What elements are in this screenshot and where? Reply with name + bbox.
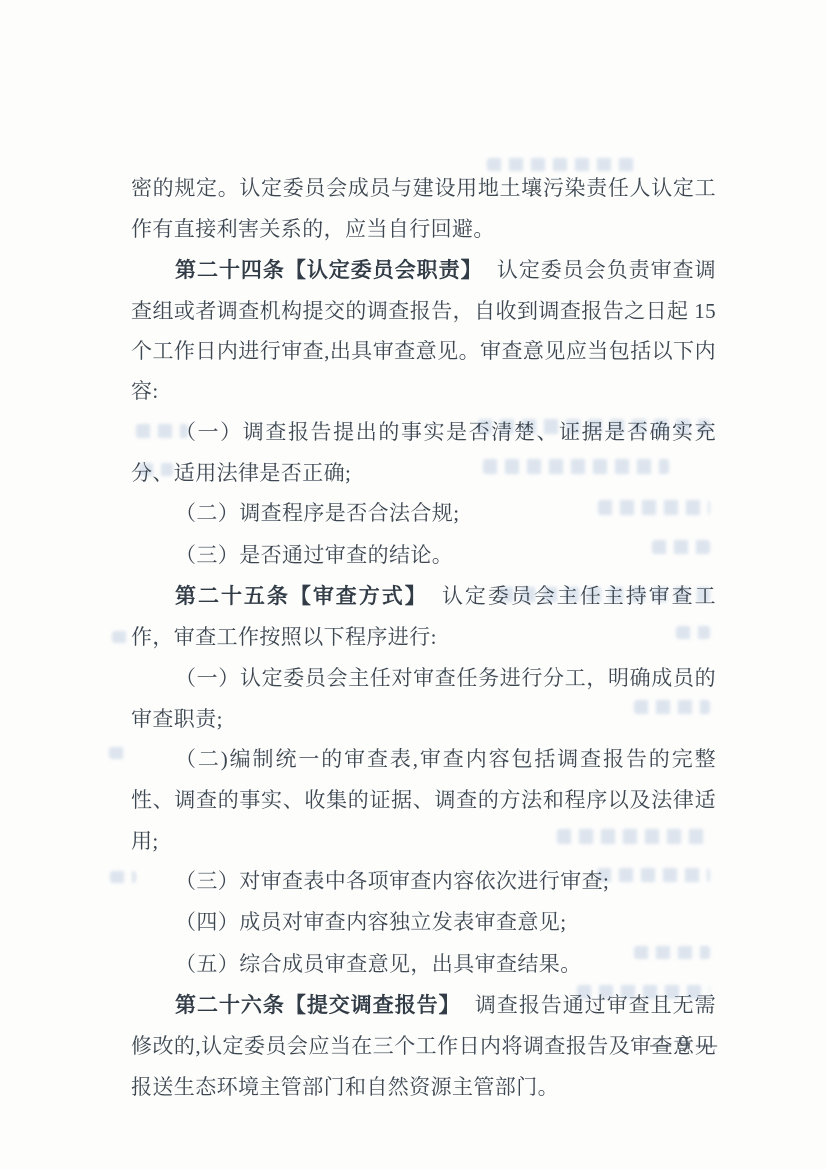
paragraph-article-24-item-1: （一）调查报告提出的事实是否清楚、证据是否确实充分、适用法律是否正确;	[131, 412, 716, 494]
paragraph-text: （二）调查程序是否合法合规;	[175, 501, 459, 525]
paragraph-article-24: 第二十四条【认定委员会职责】认定委员会负责审查调查组或者调查机构提交的调查报告，…	[131, 250, 716, 412]
paragraph-article-25-item-2: （二)编制统一的审查表,审查内容包括调查报告的完整性、调查的事实、收集的证据、调…	[131, 739, 716, 861]
article-24-heading-label: 第二十四条【认定委员会职责】	[175, 259, 483, 282]
paragraph-text: （五）综合成员审查意见，出具审查结果。	[175, 952, 582, 976]
paragraph-article-25-item-1: （一）认定委员会主任对审查任务进行分工，明确成员的审查职责;	[131, 658, 716, 740]
paragraph-article-26: 第二十六条【提交调查报告】调查报告通过审查且无需修改的,认定委员会应当在三个工作…	[131, 985, 716, 1107]
page-number: — 9 —	[650, 1032, 718, 1057]
paragraph-article-25-item-4: （四）成员对审查内容独立发表审查意见;	[131, 902, 716, 943]
paragraph-article-24-item-3: （三）是否通过审查的结论。	[131, 535, 716, 576]
paragraph-text: （三）是否通过审查的结论。	[175, 543, 453, 567]
document-page: 密的规定。认定委员会成员与建设用地土壤污染责任人认定工作有直接利害关系的，应当自…	[0, 0, 826, 1169]
bleedthrough-artifact	[109, 747, 129, 759]
paragraph-text: 密的规定。认定委员会成员与建设用地土壤污染责任人认定工作有直接利害关系的，应当自…	[131, 176, 716, 241]
article-25-heading-label: 第二十五条【审查方式】	[175, 585, 428, 608]
paragraph-text: （四）成员对审查内容独立发表审查意见;	[175, 910, 566, 934]
paragraph-article-25: 第二十五条【审查方式】认定委员会主任主持审查工作，审查工作按照以下程序进行:	[131, 576, 716, 658]
article-26-heading-label: 第二十六条【提交调查报告】	[175, 994, 461, 1017]
paragraph-carryover: 密的规定。认定委员会成员与建设用地土壤污染责任人认定工作有直接利害关系的，应当自…	[131, 168, 716, 250]
paragraph-text: （三）对审查表中各项审查内容依次进行审查;	[175, 869, 609, 893]
paragraph-article-25-item-3: （三）对审查表中各项审查内容依次进行审查;	[131, 861, 716, 902]
paragraph-article-24-item-2: （二）调查程序是否合法合规;	[131, 493, 716, 534]
paragraph-text: （一）调查报告提出的事实是否清楚、证据是否确实充分、适用法律是否正确;	[131, 420, 716, 485]
paragraph-article-25-item-5: （五）综合成员审查意见，出具审查结果。	[131, 944, 716, 985]
paragraph-text: （一）认定委员会主任对审查任务进行分工，明确成员的审查职责;	[131, 666, 716, 731]
paragraph-text: （二)编制统一的审查表,审查内容包括调查报告的完整性、调查的事实、收集的证据、调…	[131, 747, 716, 853]
document-text-block: 密的规定。认定委员会成员与建设用地土壤污染责任人认定工作有直接利害关系的，应当自…	[131, 168, 716, 1107]
